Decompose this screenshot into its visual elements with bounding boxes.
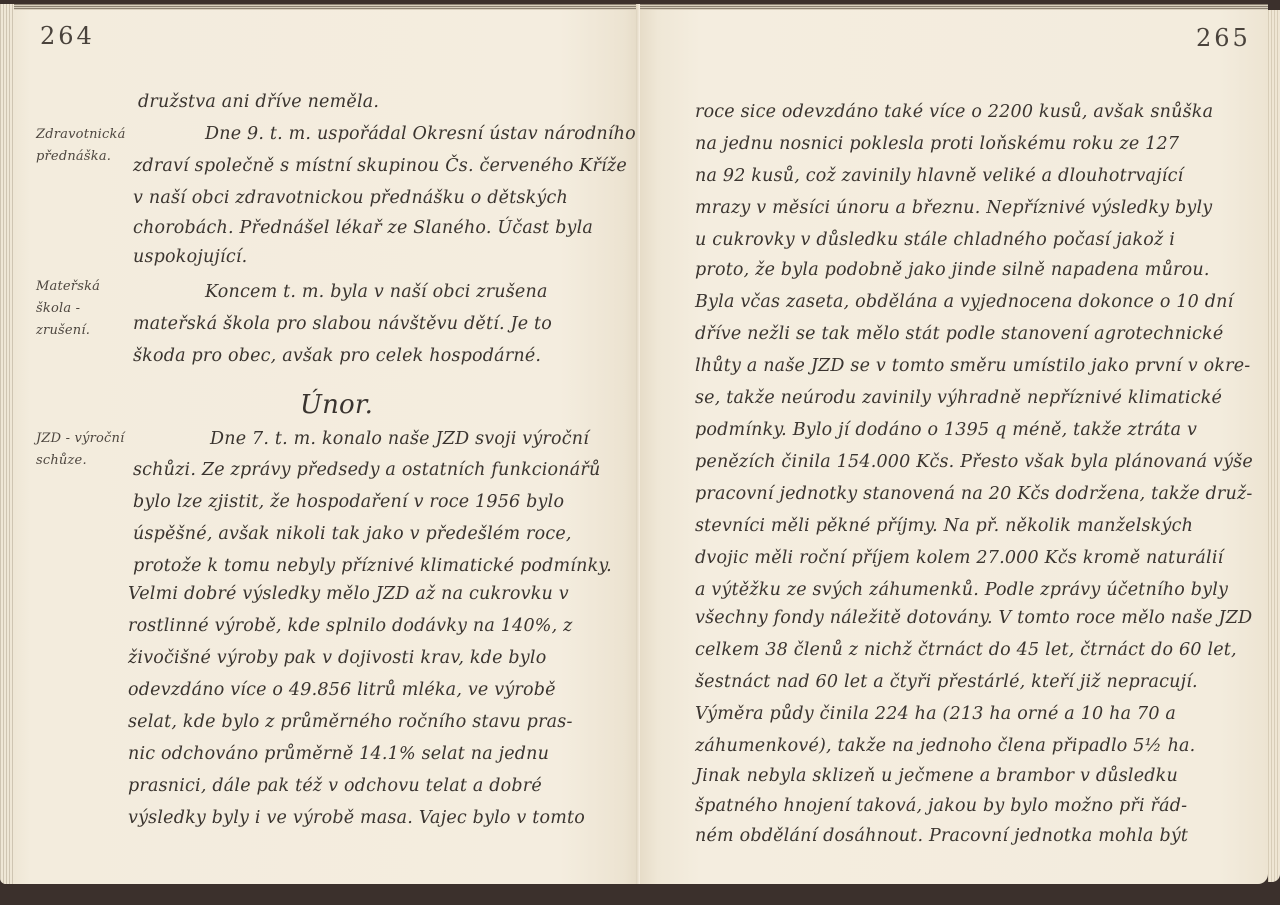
margin-note-jzd-meeting: JZD - výroční schůze. [36, 428, 136, 472]
text-line: mrazy v měsíci únoru a březnu. Nepřízniv… [695, 198, 1212, 218]
text-line: Jinak nebyla sklizeň u ječmene a brambor… [695, 766, 1178, 786]
text-line: schůzi. Ze zprávy předsedy a ostatních f… [133, 460, 600, 480]
section-heading-february: Únor. [300, 390, 373, 420]
text-line: na 92 kusů, což zavinily hlavně veliké a… [695, 166, 1183, 186]
text-line: všechny fondy náležitě dotovány. V tomto… [695, 608, 1252, 628]
margin-note-health-lecture: Zdravotnická přednáška. [36, 124, 136, 168]
text-line: u cukrovky v důsledku stále chladného po… [695, 230, 1175, 250]
text-line: mateřská škola pro slabou návštěvu dětí.… [133, 314, 552, 334]
page-top-edge [0, 4, 640, 10]
text-line: Výměra půdy činila 224 ha (213 ha orné a… [695, 704, 1176, 724]
text-line: zdraví společně s místní skupinou Čs. če… [133, 156, 627, 176]
text-line: v naší obci zdravotnickou přednášku o dě… [133, 188, 568, 208]
text-line: pracovní jednotky stanovená na 20 Kčs do… [695, 484, 1253, 504]
text-line: Byla včas zaseta, obdělána a vyjednocena… [695, 292, 1233, 312]
text-line: bylo lze zjistit, že hospodaření v roce … [133, 492, 564, 512]
text-line: na jednu nosnici poklesla proti loňskému… [695, 134, 1179, 154]
text-line: penězích činila 154.000 Kčs. Přesto však… [695, 452, 1253, 472]
text-line: dříve nežli se tak mělo stát podle stano… [695, 324, 1223, 344]
text-line: ném obdělání dosáhnout. Pracovní jednotk… [695, 826, 1188, 846]
text-line: úspěšné, avšak nikoli tak jako v předešl… [133, 524, 572, 544]
text-line: se, takže neúrodu zavinily výhradně nepř… [695, 388, 1222, 408]
left-page: 264 Zdravotnická přednáška. Mateřská ško… [0, 4, 640, 884]
text-line: družstva ani dříve neměla. [138, 92, 379, 112]
left-page-stack-edge [0, 4, 14, 884]
text-line: rostlinné výrobě, kde splnilo dodávky na… [128, 616, 573, 636]
text-line: Dne 7. t. m. konalo naše JZD svoji výroč… [210, 429, 589, 449]
text-line: šestnáct nad 60 let a čtyři přestárlé, k… [695, 672, 1198, 692]
text-line: nic odchováno průměrně 14.1% selat na je… [128, 744, 549, 764]
text-line: lhůty a naše JZD se v tomto směru umísti… [695, 356, 1250, 376]
text-line: a výtěžku ze svých záhumenků. Podle zprá… [695, 580, 1228, 600]
text-line: chorobách. Přednášel lékař ze Slaného. Ú… [133, 218, 593, 238]
open-book: 264 Zdravotnická přednáška. Mateřská ško… [0, 0, 1280, 890]
text-line: špatného hnojení taková, jakou by bylo m… [695, 796, 1187, 816]
text-line: protože k tomu nebyly příznivé klimatick… [133, 556, 612, 576]
text-line: odevzdáno více o 49.856 litrů mléka, ve … [128, 680, 556, 700]
page-top-edge [640, 4, 1268, 10]
text-line: Velmi dobré výsledky mělo JZD až na cukr… [128, 584, 569, 604]
text-line: roce sice odevzdáno také více o 2200 kus… [695, 102, 1213, 122]
text-line: stevníci měli pěkné příjmy. Na př. někol… [695, 516, 1193, 536]
text-line: prasnici, dále pak též v odchovu telat a… [128, 776, 542, 796]
right-page-stack-edge [1268, 10, 1280, 882]
text-line: škoda pro obec, avšak pro celek hospodár… [133, 346, 541, 366]
text-line: podmínky. Bylo jí dodáno o 1395 q méně, … [695, 420, 1197, 440]
text-line: výsledky byly i ve výrobě masa. Vajec by… [128, 808, 585, 828]
text-line: selat, kde bylo z průměrného ročního sta… [128, 712, 573, 732]
text-line: záhumenkové), takže na jednoho člena při… [695, 736, 1195, 756]
page-number-left: 264 [40, 22, 95, 50]
right-page: 265 roce sice odevzdáno také více o 2200… [640, 4, 1268, 884]
margin-note-kindergarten: Mateřská škola - zrušení. [36, 276, 136, 342]
page-number-right: 265 [1196, 24, 1251, 52]
text-line: Koncem t. m. byla v naší obci zrušena [205, 282, 548, 302]
text-line: celkem 38 členů z nichž čtrnáct do 45 le… [695, 640, 1237, 660]
text-line: proto, že byla podobně jako jinde silně … [695, 260, 1210, 280]
text-line: živočišné výroby pak v dojivosti krav, k… [128, 648, 546, 668]
text-line: uspokojující. [133, 247, 247, 267]
text-line: dvojic měli roční příjem kolem 27.000 Kč… [695, 548, 1223, 568]
text-line: Dne 9. t. m. uspořádal Okresní ústav nár… [205, 124, 636, 144]
